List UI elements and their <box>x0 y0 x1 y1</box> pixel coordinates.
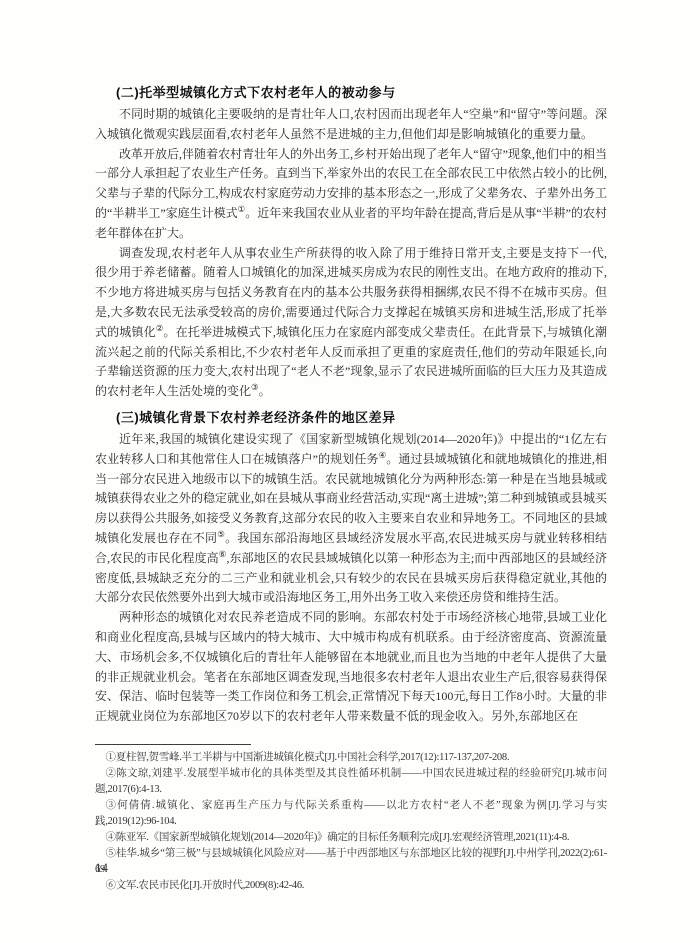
document-page: (二)托举型城镇化方式下农村老年人的被动参与 不同时期的城镇化主要吸纳的是青壮年… <box>0 0 700 943</box>
footnote-5: ⑤桂华.城乡“第三极”与县域城镇化风险应对——基于中西部地区与东部地区比较的视野… <box>95 846 607 878</box>
paragraph-urbanization-overview: 不同时期的城镇化主要吸纳的是青壮年人口,农村因而出现老年人“空巢”和“留守”等问… <box>95 105 607 145</box>
footnote-2: ②陈文琼,刘建平.发展型半城市化的具体类型及其良性循环机制——中国农民进城过程的… <box>95 766 607 798</box>
paragraph-survey-findings: 调查发现,农村老年人从事农业生产所获得的收入除了用于维持日常开支,主要是支持下一… <box>95 244 607 402</box>
paragraph-text: 不同时期的城镇化主要吸纳的是青壮年人口,农村因而出现老年人“空巢”和“留守”等问… <box>95 107 607 141</box>
footnotes-block: ①夏柱智,贺雪峰.半工半耕与中国渐进城镇化模式[J].中国社会科学,2017(1… <box>95 744 607 894</box>
footnote-3: ③何倩倩.城镇化、家庭再生产压力与代际关系重构——以北方农村“老人不老”现象为例… <box>95 798 607 830</box>
page-number: 14 <box>95 860 108 876</box>
footnote-ref-2: ② <box>156 323 164 333</box>
footnote-separator <box>95 744 251 745</box>
paragraph-text: 。在托举进城模式下,城镇化压力在家庭内部变成父辈责任。在此背景下,与城镇化潮流兴… <box>95 325 607 398</box>
footnote-6: ⑥文军.农民市民化[J].开放时代,2009(8):42-46. <box>95 878 607 894</box>
footnote-4: ④陈亚军.《国家新型城镇化规划(2014—2020年)》确定的目标任务顺利完成[… <box>95 830 607 846</box>
footnote-ref-5: ⑤ <box>217 529 225 539</box>
page-body-text: (二)托举型城镇化方式下农村老年人的被动参与 不同时期的城镇化主要吸纳的是青壮年… <box>95 83 607 727</box>
paragraph-text: 两种形态的城镇化对农民养老造成不同的影响。东部农村处于市场经济核心地带,县域工业… <box>95 610 607 723</box>
paragraph-new-urbanization-plan: 近年来,我国的城镇化建设实现了《国家新型城镇化规划(2014—2020年)》中提… <box>95 430 607 608</box>
footnote-1: ①夏柱智,贺雪峰.半工半耕与中国渐进城镇化模式[J].中国社会科学,2017(1… <box>95 750 607 766</box>
footnote-ref-3: ③ <box>251 382 259 392</box>
paragraph-text: 。 <box>259 384 271 398</box>
section-heading-regional-differences: (三)城镇化背景下农村养老经济条件的地区差异 <box>95 408 607 428</box>
paragraph-reform-migrant-labor: 改革开放后,伴随着农村青壮年人的外出务工,乡村开始出现了老年人“留守”现象,他们… <box>95 145 607 244</box>
paragraph-two-forms-impact: 两种形态的城镇化对农民养老造成不同的影响。东部农村处于市场经济核心地带,县域工业… <box>95 608 607 727</box>
section-heading-passive-participation: (二)托举型城镇化方式下农村老年人的被动参与 <box>95 83 607 103</box>
